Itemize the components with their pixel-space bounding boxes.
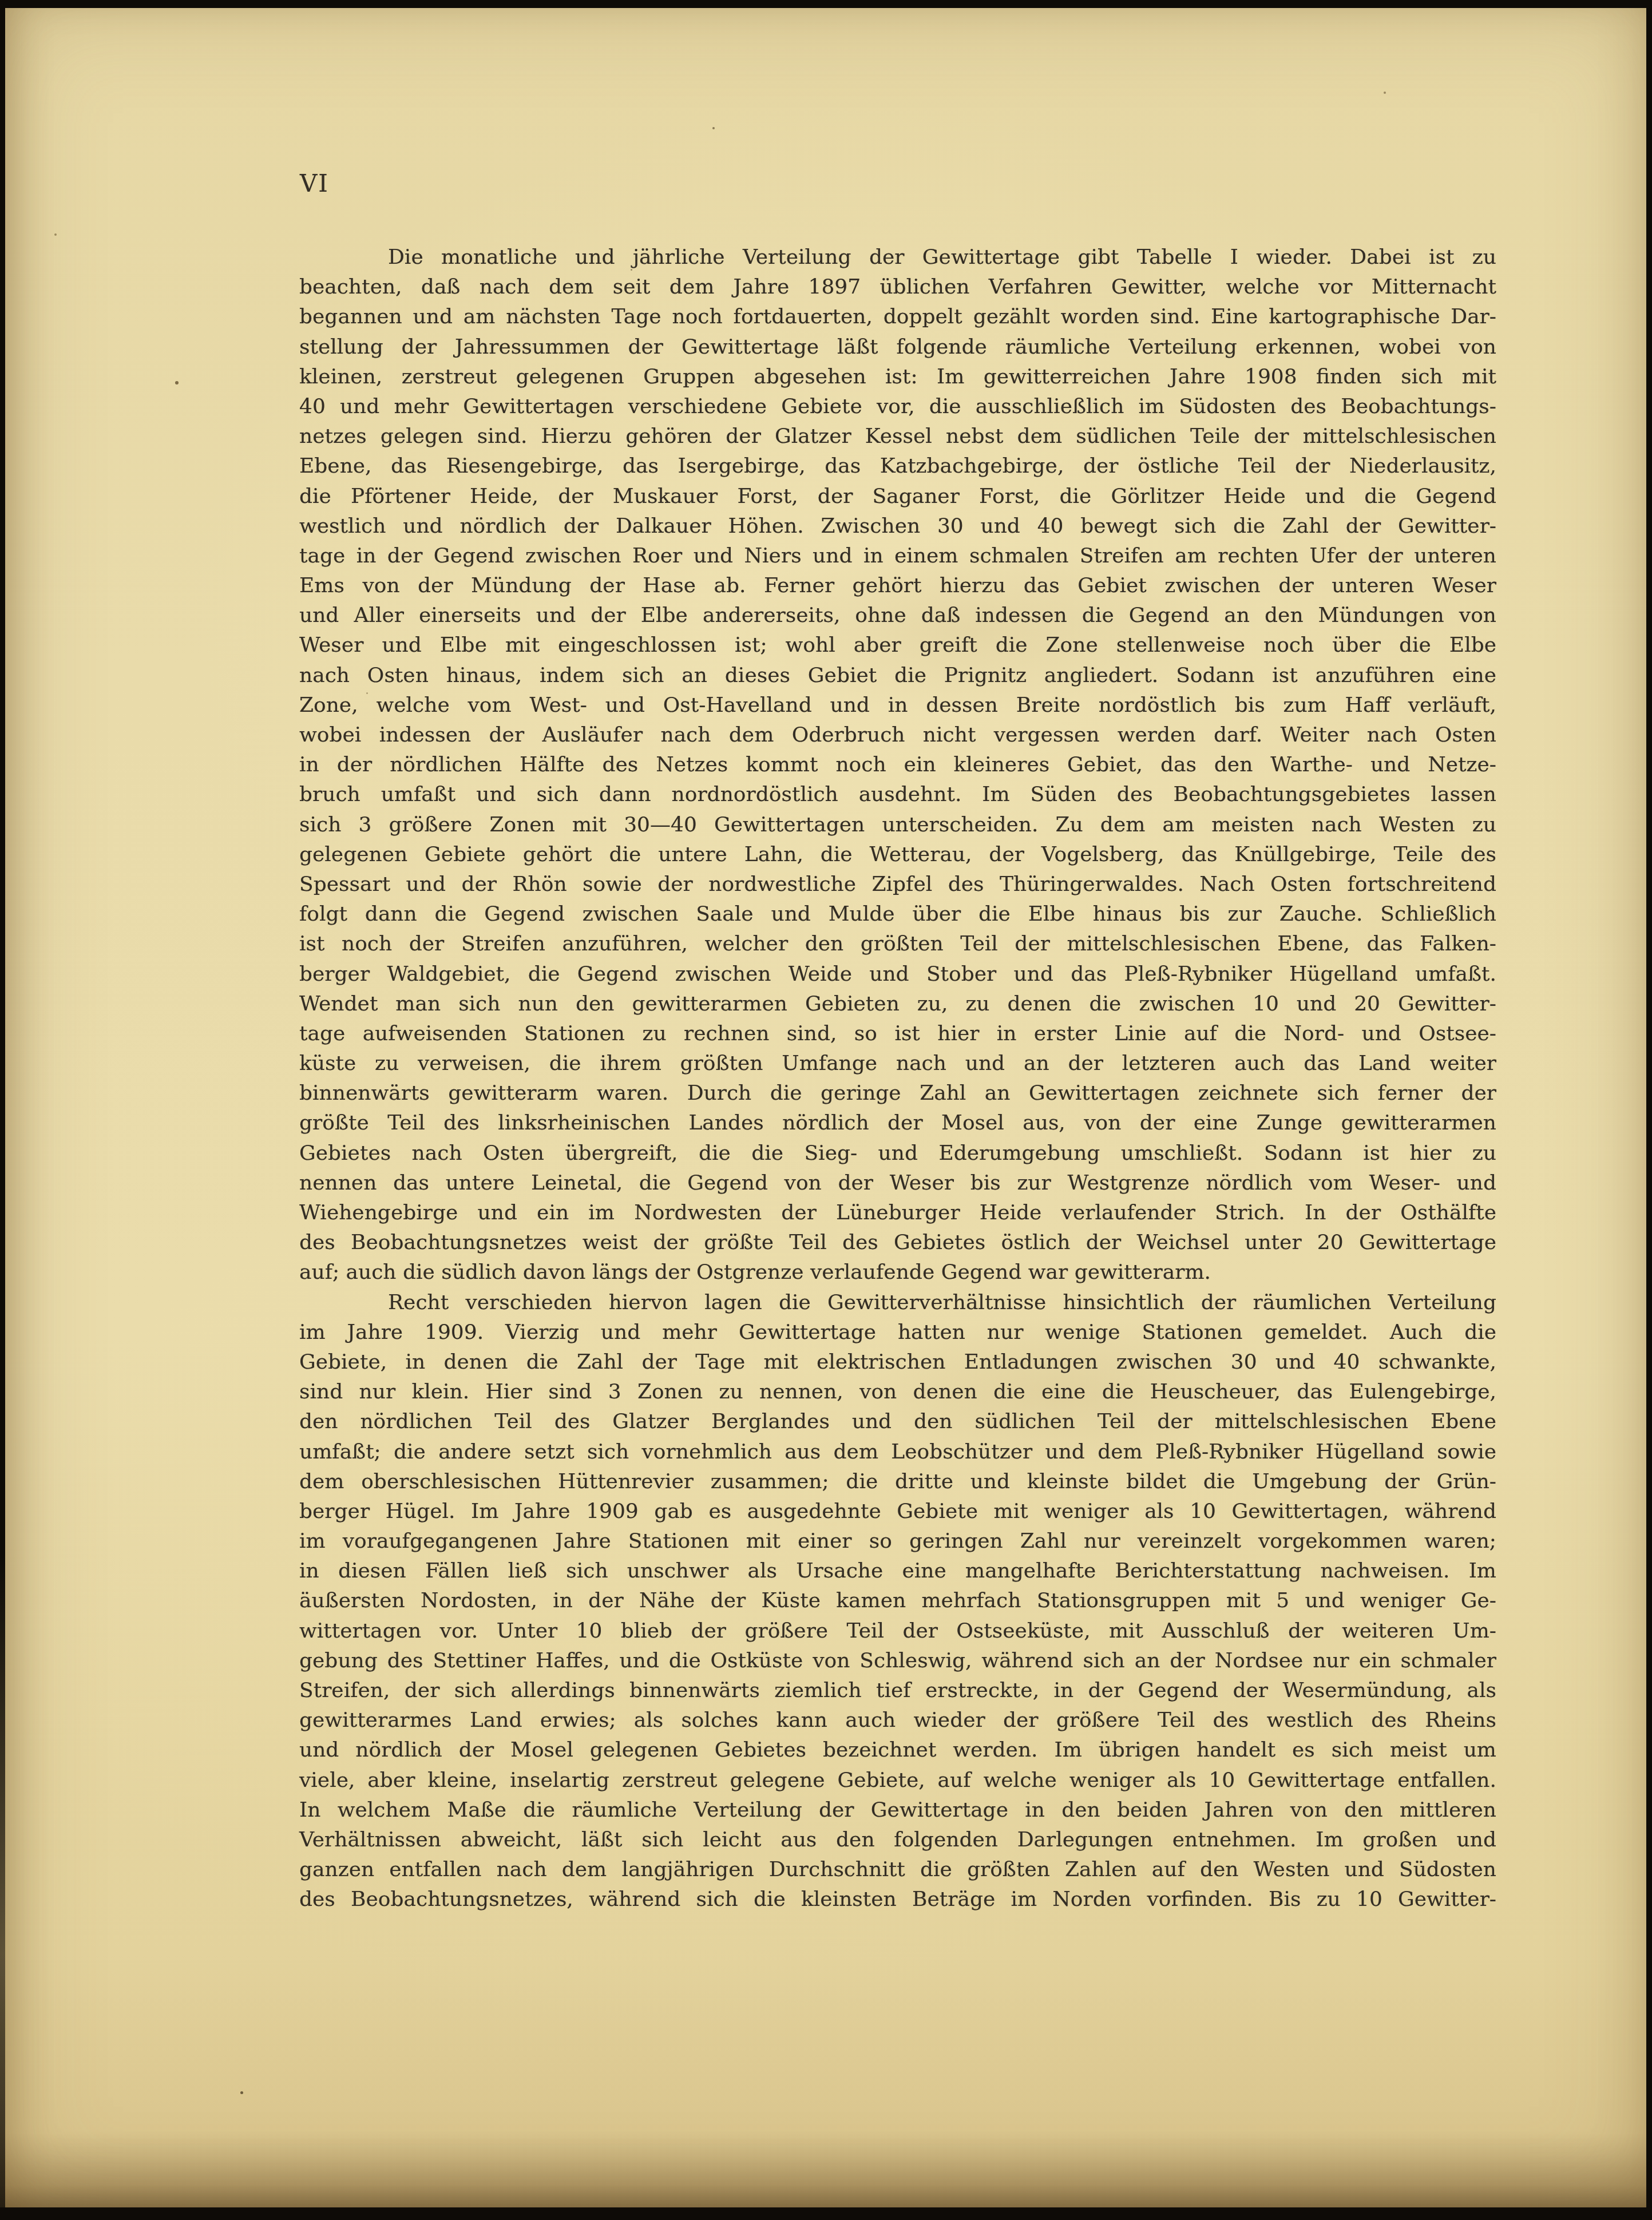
text-line: küste zu verweisen, die ihrem größten Um… — [299, 1049, 1496, 1079]
paper-speck — [1448, 767, 1451, 770]
text-line: den nördlichen Teil des Glatzer Bergland… — [299, 1407, 1496, 1437]
scan-edge-bottom — [0, 2207, 1652, 2220]
text-line: die Pförtener Heide, der Muskauer Forst,… — [299, 482, 1496, 512]
paper-speck — [240, 2091, 243, 2094]
text-line: gebung des Stettiner Haffes, und die Ost… — [299, 1646, 1496, 1676]
text-line: westlich und nördlich der Dalkauer Höhen… — [299, 512, 1496, 541]
text-line: nach Osten hinaus, indem sich an dieses … — [299, 661, 1496, 691]
text-block: Die monatliche und jährliche Verteilung … — [299, 243, 1496, 1915]
text-line: Wendet man sich nun den gewitterarmen Ge… — [299, 989, 1496, 1019]
text-line: folgt dann die Gegend zwischen Saale und… — [299, 899, 1496, 929]
text-line: Gebiete, in denen die Zahl der Tage mit … — [299, 1347, 1496, 1377]
text-line: Die monatliche und jährliche Verteilung … — [299, 243, 1496, 272]
text-line: des Beobachtungsnetzes, während sich die… — [299, 1885, 1496, 1914]
text-line: Ebene, das Riesengebirge, das Isergebirg… — [299, 451, 1496, 481]
paper-speck — [175, 381, 179, 384]
text-line: beachten, daß nach dem seit dem Jahre 18… — [299, 272, 1496, 302]
text-line: und nördlich der Mosel gelegenen Gebiete… — [299, 1735, 1496, 1765]
text-line: netzes gelegen sind. Hierzu gehören der … — [299, 422, 1496, 451]
text-line: gelegenen Gebiete gehört die untere Lahn… — [299, 840, 1496, 870]
text-line: des Beobachtungsnetzes weist der größte … — [299, 1228, 1496, 1258]
text-line: dem oberschlesischen Hüttenrevier zusamm… — [299, 1467, 1496, 1497]
text-line: ist noch der Streifen anzuführen, welche… — [299, 929, 1496, 959]
text-line: und Aller einerseits und der Elbe andere… — [299, 601, 1496, 631]
scan-edge-top — [0, 0, 1652, 8]
scan-edge-right — [1646, 0, 1652, 2220]
text-line: binnenwärts gewitterarm waren. Durch die… — [299, 1079, 1496, 1108]
text-line: Ems von der Mündung der Hase ab. Ferner … — [299, 571, 1496, 601]
text-line: sich 3 größere Zonen mit 30—40 Gewittert… — [299, 810, 1496, 840]
text-line: begannen und am nächsten Tage noch fortd… — [299, 302, 1496, 332]
text-line: Wiehengebirge und ein im Nordwesten der … — [299, 1198, 1496, 1228]
text-line: größte Teil des linksrheinischen Landes … — [299, 1108, 1496, 1138]
text-line: Weser und Elbe mit eingeschlossen ist; w… — [299, 631, 1496, 660]
text-line: sind nur klein. Hier sind 3 Zonen zu nen… — [299, 1377, 1496, 1407]
paper-speck — [435, 1753, 437, 1755]
paper-speck — [54, 233, 57, 236]
text-line: viele, aber kleine, inselartig zerstreut… — [299, 1766, 1496, 1795]
paper-speck — [712, 127, 715, 129]
page-curl-shadow — [0, 2133, 1652, 2207]
text-line: 40 und mehr Gewittertagen verschiedene G… — [299, 392, 1496, 422]
text-line: In welchem Maße die räumliche Verteilung… — [299, 1795, 1496, 1825]
text-line: wobei indessen der Ausläufer nach dem Od… — [299, 720, 1496, 750]
text-line: in der nördlichen Hälfte des Netzes komm… — [299, 750, 1496, 780]
text-line: berger Hügel. Im Jahre 1909 gab es ausge… — [299, 1497, 1496, 1527]
text-line: im Jahre 1909. Vierzig und mehr Gewitter… — [299, 1318, 1496, 1347]
text-line: tage in der Gegend zwischen Roer und Nie… — [299, 541, 1496, 571]
page-number: VI — [300, 169, 329, 197]
paragraph: Recht verschieden hiervon lagen die Gewi… — [299, 1288, 1496, 1915]
text-line: auf; auch die südlich davon längs der Os… — [299, 1258, 1496, 1287]
paper-speck — [631, 269, 632, 271]
paper-page: VI Die monatliche und jährliche Verteilu… — [0, 0, 1652, 2220]
text-line: wittertagen vor. Unter 10 blieb der größ… — [299, 1616, 1496, 1646]
paragraph: Die monatliche und jährliche Verteilung … — [299, 243, 1496, 1288]
text-line: im voraufgegangenen Jahre Stationen mit … — [299, 1527, 1496, 1556]
text-line: Gebietes nach Osten übergreift, die die … — [299, 1139, 1496, 1168]
text-line: ganzen entfallen nach dem langjährigen D… — [299, 1855, 1496, 1885]
text-line: Verhältnissen abweicht, läßt sich leicht… — [299, 1825, 1496, 1855]
scan-edge-left — [0, 0, 5, 2220]
text-line: stellung der Jahressummen der Gewitterta… — [299, 332, 1496, 362]
text-line: in diesen Fällen ließ sich unschwer als … — [299, 1556, 1496, 1586]
text-line: nennen das untere Leinetal, die Gegend v… — [299, 1168, 1496, 1198]
text-line: äußersten Nordosten, in der Nähe der Küs… — [299, 1586, 1496, 1616]
text-line: Recht verschieden hiervon lagen die Gewi… — [299, 1288, 1496, 1318]
text-line: Spessart und der Rhön sowie der nordwest… — [299, 870, 1496, 899]
text-line: kleinen, zerstreut gelegenen Gruppen abg… — [299, 362, 1496, 392]
text-line: gewitterarmes Land erwies; als solches k… — [299, 1706, 1496, 1735]
paper-speck — [1384, 92, 1386, 94]
text-line: Streifen, der sich allerdings binnenwärt… — [299, 1676, 1496, 1706]
text-line: Zone, welche vom West- und Ost-Havelland… — [299, 691, 1496, 720]
paper-speck — [1159, 1420, 1160, 1422]
paper-speck — [366, 692, 368, 694]
text-line: umfaßt; die andere setzt sich vornehmlic… — [299, 1437, 1496, 1467]
text-line: tage aufweisenden Stationen zu rechnen s… — [299, 1019, 1496, 1049]
text-line: bruch umfaßt und sich dann nordnordöstli… — [299, 780, 1496, 810]
text-line: berger Waldgebiet, die Gegend zwischen W… — [299, 960, 1496, 989]
